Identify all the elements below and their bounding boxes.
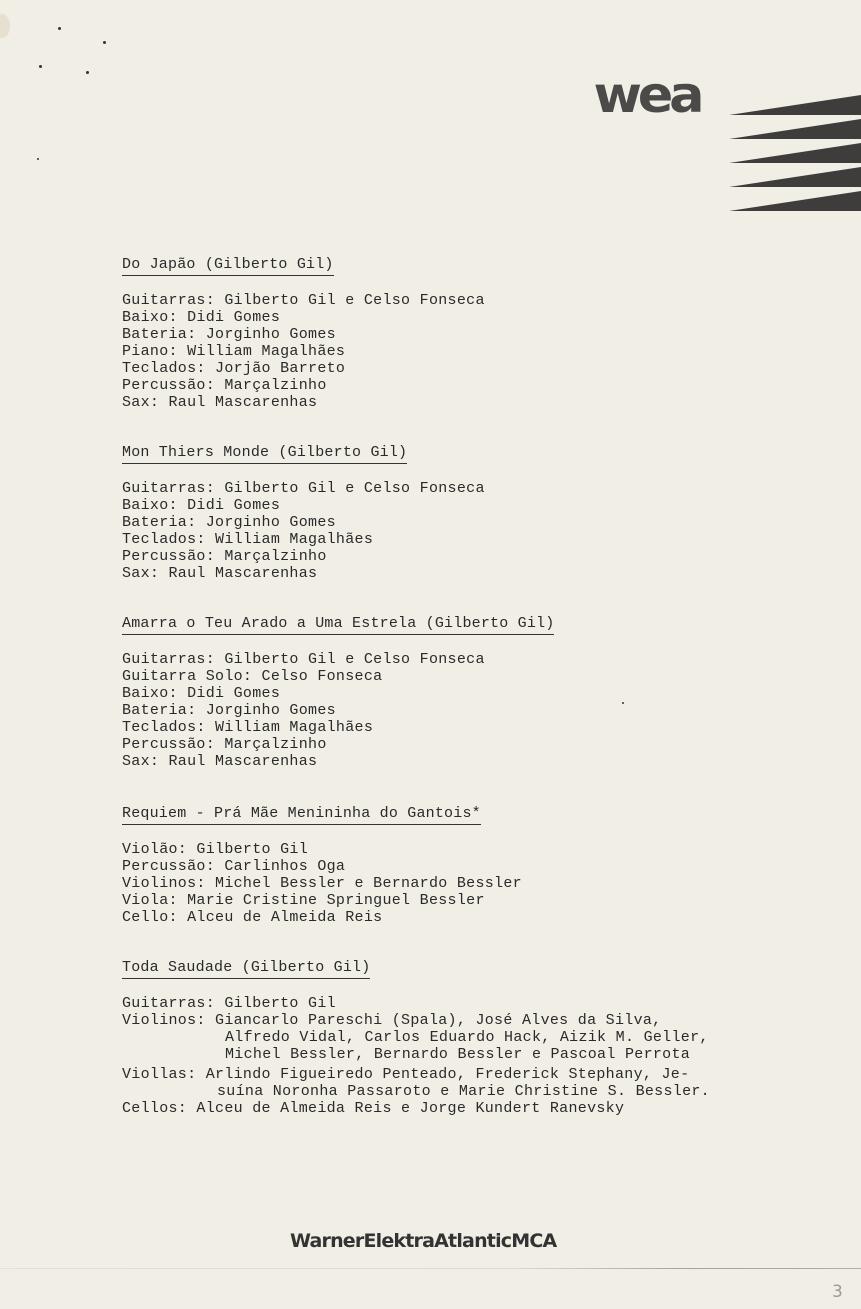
credit-line: Sax: Raul Mascarenhas (122, 753, 554, 770)
credit-line: Percussão: Marçalzinho (122, 377, 485, 394)
paper-stain (0, 14, 10, 38)
paper-speck (103, 41, 106, 44)
credit-line: Bateria: Jorginho Gomes (122, 514, 485, 531)
credit-line: Viola: Marie Cristine Springuel Bessler (122, 892, 522, 909)
credit-line: Violinos: Michel Bessler e Bernardo Bess… (122, 875, 522, 892)
song-section: Mon Thiers Monde (Gilberto Gil) Guitarra… (122, 443, 485, 582)
credit-line: Cello: Alceu de Almeida Reis (122, 909, 522, 926)
credit-line: Teclados: William Magalhães (122, 719, 554, 736)
credit-line: Sax: Raul Mascarenhas (122, 394, 485, 411)
song-section: Do Japão (Gilberto Gil) Guitarras: Gilbe… (122, 255, 485, 411)
paper-speck (86, 71, 89, 74)
credit-line: Cellos: Alceu de Almeida Reis e Jorge Ku… (122, 1100, 710, 1117)
credit-line: Bateria: Jorginho Gomes (122, 702, 554, 719)
paper-speck (58, 27, 61, 30)
credit-line: Piano: William Magalhães (122, 343, 485, 360)
paper-speck (622, 702, 624, 704)
credit-line: Sax: Raul Mascarenhas (122, 565, 485, 582)
credit-line: Guitarras: Gilberto Gil e Celso Fonseca (122, 292, 485, 309)
wea-logo: wea (593, 70, 700, 120)
song-title: Toda Saudade (Gilberto Gil) (122, 959, 370, 979)
credit-line: Guitarra Solo: Celso Fonseca (122, 668, 554, 685)
song-title: Do Japão (Gilberto Gil) (122, 256, 334, 276)
song-section: Toda Saudade (Gilberto Gil) Guitarras: G… (122, 958, 710, 1117)
credit-line: Percussão: Marçalzinho (122, 736, 554, 753)
credit-line-continuation: suína Noronha Passaroto e Marie Christin… (122, 1083, 710, 1100)
credit-line: Guitarras: Gilberto Gil (122, 995, 710, 1012)
credit-line: Guitarras: Gilberto Gil e Celso Fonseca (122, 651, 554, 668)
credit-line: Teclados: Jorjão Barreto (122, 360, 485, 377)
song-title: Amarra o Teu Arado a Uma Estrela (Gilber… (122, 615, 554, 635)
credit-line: Guitarras: Gilberto Gil e Celso Fonseca (122, 480, 485, 497)
song-title: Mon Thiers Monde (Gilberto Gil) (122, 444, 407, 464)
credit-line: Baixo: Didi Gomes (122, 309, 485, 326)
song-section: Amarra o Teu Arado a Uma Estrela (Gilber… (122, 614, 554, 770)
credit-line: Teclados: William Magalhães (122, 531, 485, 548)
fold-line-divider (0, 1268, 861, 1269)
page-number: 3 (832, 1282, 843, 1302)
song-title: Requiem - Prá Mãe Menininha do Gantois* (122, 805, 481, 825)
credit-line: Viollas: Arlindo Figueiredo Penteado, Fr… (122, 1066, 710, 1083)
credit-line: Baixo: Didi Gomes (122, 685, 554, 702)
credit-line: Violão: Gilberto Gil (122, 841, 522, 858)
wea-stripes-graphic (729, 95, 861, 215)
paper-speck (37, 158, 39, 160)
credit-line: Baixo: Didi Gomes (122, 497, 485, 514)
paper-speck (39, 65, 42, 68)
credit-line: Violinos: Giancarlo Pareschi (Spala), Jo… (122, 1012, 710, 1029)
song-section: Requiem - Prá Mãe Menininha do Gantois* … (122, 804, 522, 926)
credit-line: Percussão: Carlinhos Oga (122, 858, 522, 875)
credit-line-continuation: Alfredo Vidal, Carlos Eduardo Hack, Aizi… (122, 1029, 710, 1046)
footer-brand-logo: WarnerElektraAtlanticMCA (290, 1230, 556, 1252)
credit-line: Percussão: Marçalzinho (122, 548, 485, 565)
credit-line: Bateria: Jorginho Gomes (122, 326, 485, 343)
credit-line-continuation: Michel Bessler, Bernardo Bessler e Pasco… (122, 1046, 710, 1063)
